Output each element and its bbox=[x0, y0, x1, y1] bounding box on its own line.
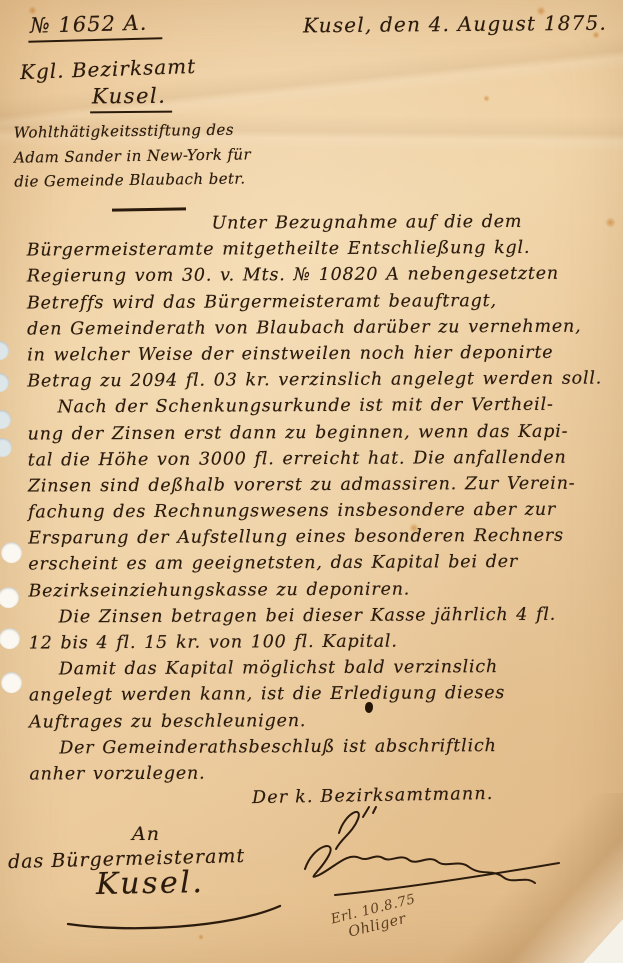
body-line: Unter Bezugnahme auf die dem bbox=[26, 211, 606, 240]
address-salutation: An bbox=[132, 823, 160, 845]
body-line: 12 bis 4 fl. 15 kr. von 100 fl. Kapital. bbox=[29, 630, 609, 659]
body-line: angelegt werden kann, ist die Erledigung… bbox=[29, 683, 609, 712]
body-line: Der Gemeinderathsbeschluß ist abschriftl… bbox=[29, 735, 609, 764]
body-line: Bürgermeisteramte mitgetheilte Entschlie… bbox=[27, 238, 607, 267]
reference-number: № 1652 A. bbox=[28, 10, 162, 42]
letter-body: Unter Bezugnahme auf die dem Bürgermeist… bbox=[26, 211, 609, 790]
body-line: Betrag zu 2094 fl. 03 kr. verzinslich an… bbox=[27, 369, 607, 398]
subject-separator-rule bbox=[112, 207, 186, 211]
body-line: erscheint es am geeignetsten, das Kapita… bbox=[28, 552, 608, 581]
punch-hole bbox=[1, 672, 22, 693]
punch-hole bbox=[0, 438, 12, 457]
foxing-stain bbox=[483, 95, 490, 102]
dateline: Kusel, den 4. August 1875. bbox=[303, 11, 607, 38]
subject-line: Adam Sander in New-York für bbox=[14, 142, 251, 170]
body-line: Bezirkseinziehungskasse zu deponiren. bbox=[28, 578, 608, 607]
punch-hole bbox=[0, 628, 20, 649]
body-line: tal die Höhe von 3000 fl. erreicht hat. … bbox=[28, 447, 608, 476]
punch-hole bbox=[0, 587, 19, 608]
punch-hole bbox=[0, 410, 11, 429]
punch-hole bbox=[1, 542, 22, 563]
scanned-letter-page: № 1652 A. Kusel, den 4. August 1875. Kgl… bbox=[0, 0, 623, 963]
foxing-stain bbox=[605, 217, 616, 228]
subject-block: Wohlthätigkeitsstiftung des Adam Sander … bbox=[13, 117, 251, 194]
body-line: Betreffs wird das Bürgermeisteramt beauf… bbox=[27, 290, 607, 319]
body-line: Regierung vom 30. v. Mts. № 10820 A nebe… bbox=[27, 264, 607, 293]
sender-office: Kgl. Bezirksamt bbox=[20, 54, 197, 84]
sender-place: Kusel. bbox=[90, 84, 173, 114]
body-line: in welcher Weise der einstweilen noch hi… bbox=[27, 342, 607, 371]
body-line: fachung des Rechnungswesens insbesondere… bbox=[28, 500, 608, 529]
processing-note: Erl. 10.8.75 Ohliger bbox=[329, 891, 421, 945]
address-underline-flourish bbox=[60, 900, 290, 934]
body-line: Nach der Schenkungsurkunde ist mit der V… bbox=[27, 395, 607, 424]
corner-cut bbox=[583, 919, 623, 963]
body-line: Die Zinsen betragen bei dieser Kasse jäh… bbox=[29, 604, 609, 633]
body-line: ung der Zinsen erst dann zu beginnen, we… bbox=[28, 421, 608, 450]
body-line: Zinsen sind deßhalb vorerst zu admassire… bbox=[28, 473, 608, 502]
address-place: Kusel. bbox=[96, 865, 205, 902]
punch-hole bbox=[0, 341, 9, 360]
body-line: Damit das Kapital möglichst bald verzins… bbox=[29, 657, 609, 686]
foxing-stain bbox=[198, 934, 204, 940]
subject-line: Wohlthätigkeitsstiftung des bbox=[13, 117, 250, 145]
body-line: Ersparung der Aufstellung eines besonder… bbox=[28, 526, 608, 555]
body-line: den Gemeinderath von Blaubach darüber zu… bbox=[27, 316, 607, 345]
body-line: Auftrages zu beschleunigen. bbox=[29, 709, 609, 738]
punch-hole bbox=[0, 373, 9, 392]
signature-flourish bbox=[263, 797, 583, 897]
subject-line: die Gemeinde Blaubach betr. bbox=[14, 166, 251, 194]
